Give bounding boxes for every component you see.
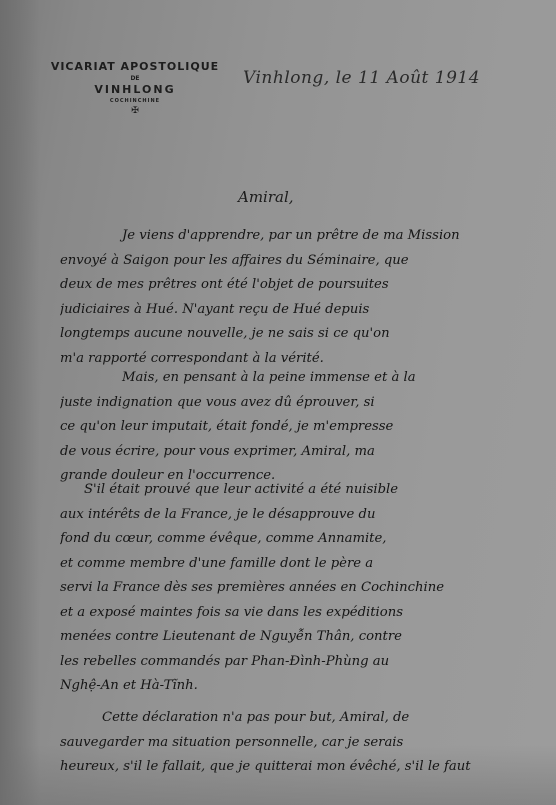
text-line: longtemps aucune nouvelle, je ne sais si… (60, 322, 460, 347)
text-line: Nghệ-An et Hà-Tĩnh. (60, 674, 444, 699)
text-line: Je viens d'apprendre, par un prêtre de m… (60, 224, 460, 249)
text-line: et a exposé maintes fois sa vie dans les… (60, 601, 444, 626)
letterhead-title: VICARIAT APOSTOLIQUE (40, 60, 230, 73)
text-line: judiciaires à Hué. N'ayant reçu de Hué d… (60, 298, 460, 323)
paragraph-1: Je viens d'apprendre, par un prêtre de m… (60, 224, 460, 371)
text-line: Cette déclaration n'a pas pour but, Amir… (60, 706, 471, 731)
letterhead-region: COCHINCHINE (40, 98, 230, 104)
letterhead: VICARIAT APOSTOLIQUE DE VINHLONG COCHINC… (40, 60, 230, 116)
text-line: sauvegarder ma situation personnelle, ca… (60, 731, 471, 756)
text-line: et comme membre d'une famille dont le pè… (60, 552, 444, 577)
salutation: Amiral, (238, 188, 294, 206)
text-line: heureux, s'il le fallait, que je quitter… (60, 755, 471, 780)
scanned-letter-page: VICARIAT APOSTOLIQUE DE VINHLONG COCHINC… (0, 0, 556, 805)
text-line: juste indignation que vous avez dû éprou… (60, 391, 416, 416)
text-line: S'il était prouvé que leur activité a ét… (60, 478, 444, 503)
text-line: aux intérêts de la France, je le désappr… (60, 503, 444, 528)
text-line: menées contre Lieutenant de Nguyễn Thân,… (60, 625, 444, 650)
text-line: Mais, en pensant à la peine immense et à… (60, 366, 416, 391)
text-line: servi la France dès ses premières années… (60, 576, 444, 601)
letterhead-de: DE (40, 75, 230, 82)
text-line: envoyé à Saigon pour les affaires du Sém… (60, 249, 460, 274)
text-line: deux de mes prêtres ont été l'objet de p… (60, 273, 460, 298)
paragraph-4: Cette déclaration n'a pas pour but, Amir… (60, 706, 471, 780)
cross-icon: ✠ (40, 106, 230, 116)
date-line: Vinhlong, le 11 Août 1914 (243, 68, 543, 88)
paragraph-3: S'il était prouvé que leur activité a ét… (60, 478, 444, 699)
page-shadow-left (0, 0, 40, 805)
text-line: les rebelles commandés par Phan-Đình-Phù… (60, 650, 444, 675)
letterhead-place: VINHLONG (40, 83, 230, 96)
text-line: de vous écrire, pour vous exprimer, Amir… (60, 440, 416, 465)
text-line: ce qu'on leur imputait, était fondé, je … (60, 415, 416, 440)
paragraph-2: Mais, en pensant à la peine immense et à… (60, 366, 416, 489)
text-line: fond du cœur, comme évêque, comme Annami… (60, 527, 444, 552)
